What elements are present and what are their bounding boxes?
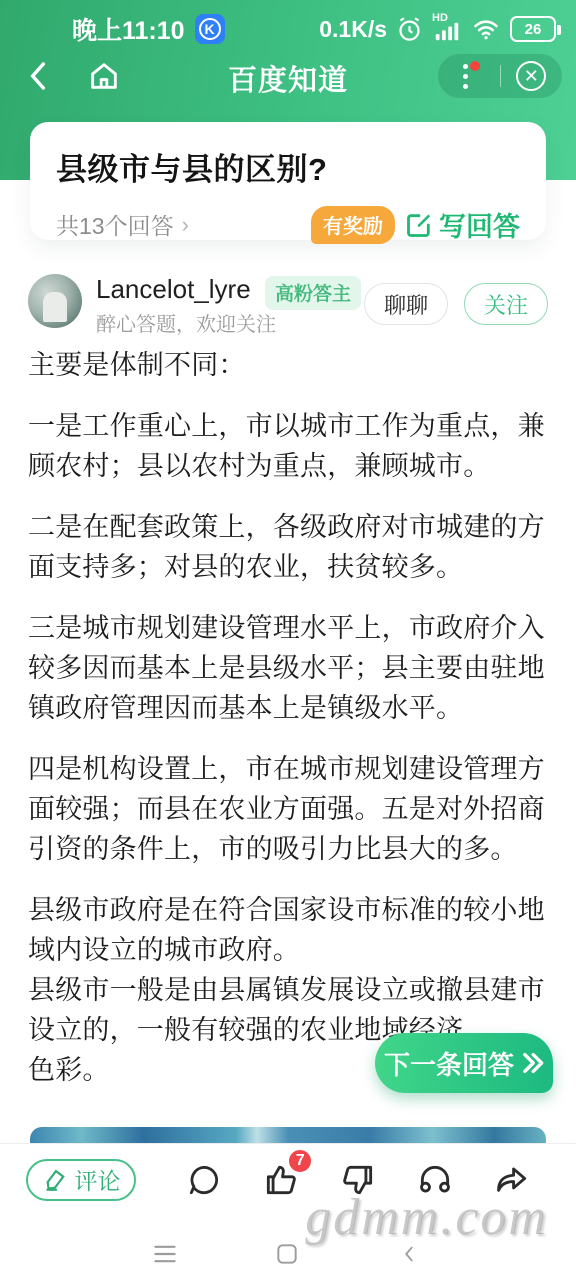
close-button[interactable]: ✕ xyxy=(501,54,563,98)
android-nav-bar xyxy=(0,1226,576,1280)
alarm-icon xyxy=(396,16,423,43)
nav-recents-icon[interactable] xyxy=(143,1236,187,1272)
next-answer-button[interactable]: 下一条回答 xyxy=(375,1033,553,1093)
answers-count-link[interactable]: 共13个回答 xyxy=(56,208,174,241)
status-bar: 晚上11:10 K 0.1K/s HD xyxy=(0,8,576,50)
clock-text: 晚上11:10 xyxy=(72,11,185,47)
double-chevron-right-icon xyxy=(520,1052,544,1074)
more-menu-icon xyxy=(459,63,479,89)
signal-hd-icon: HD xyxy=(432,14,462,44)
chat-bubble-button[interactable] xyxy=(184,1160,224,1200)
notification-dot xyxy=(470,61,480,71)
chevron-right-icon: › xyxy=(182,212,189,238)
wifi-icon xyxy=(471,15,501,43)
reward-badge: 有奖励 xyxy=(311,206,395,244)
nav-back-icon[interactable] xyxy=(387,1236,431,1272)
answer-paragraph: 主要是体制不同： xyxy=(28,345,550,385)
write-answer-button[interactable]: 写回答 xyxy=(405,205,520,244)
answer-paragraph: 一是工作重心上，市以城市工作为重点，兼 顾农村；县以农村为重点，兼顾城市。 xyxy=(28,406,550,486)
thumbs-up-button[interactable]: 7 xyxy=(261,1160,301,1200)
author-description: 醉心答题，欢迎关注 xyxy=(96,308,276,337)
like-count-badge: 7 xyxy=(287,1148,313,1174)
question-title: 县级市与县的区别? xyxy=(56,144,520,189)
question-card[interactable]: 县级市与县的区别? 共13个回答 › 有奖励 写回答 xyxy=(30,122,546,240)
app-nav-bar: 百度知道 ✕ xyxy=(0,50,576,102)
comment-button[interactable]: 评论 xyxy=(26,1159,136,1201)
close-icon: ✕ xyxy=(516,61,546,91)
answer-inline-image[interactable] xyxy=(30,1127,546,1143)
status-right: 0.1K/s HD xyxy=(319,14,556,44)
pencil-icon xyxy=(42,1167,68,1193)
answer-paragraph: 二是在配套政策上，各级政府对市城建的方 面支持多；对县的农业，扶贫较多。 xyxy=(28,507,550,587)
answer-paragraph: 四是机构设置上，市在城市规划建设管理方 面较强；而县在农业方面强。五是对外招商 … xyxy=(28,749,550,869)
battery-icon: 26 xyxy=(510,16,556,42)
more-menu-button[interactable] xyxy=(438,54,500,98)
baidu-zhidao-screen: 晚上11:10 K 0.1K/s HD xyxy=(0,0,576,1280)
k-app-notification-icon: K xyxy=(195,14,225,44)
network-speed-text: 0.1K/s xyxy=(319,16,387,43)
chat-button[interactable]: 聊聊 xyxy=(364,283,448,325)
chat-bubble-icon xyxy=(185,1161,223,1199)
avatar[interactable] xyxy=(28,274,82,328)
question-meta-row: 共13个回答 › 有奖励 写回答 xyxy=(56,205,520,244)
answer-author-header: Lancelot_lyre 高粉答主 醉心答题，欢迎关注 聊聊 关注 xyxy=(28,274,548,334)
follow-button[interactable]: 关注 xyxy=(464,283,548,325)
answer-body: 主要是体制不同： 一是工作重心上，市以城市工作为重点，兼 顾农村；县以农村为重点… xyxy=(28,345,550,1111)
edit-icon xyxy=(405,211,433,239)
author-rank-badge: 高粉答主 xyxy=(265,276,361,310)
mini-program-capsule: ✕ xyxy=(438,54,562,98)
author-name[interactable]: Lancelot_lyre xyxy=(96,274,251,305)
nav-home-icon[interactable] xyxy=(265,1236,309,1272)
status-left: 晚上11:10 K xyxy=(72,11,225,47)
answer-paragraph: 三是城市规划建设管理水平上，市政府介入 较多因而基本上是县级水平；县主要由驻地 … xyxy=(28,608,550,728)
